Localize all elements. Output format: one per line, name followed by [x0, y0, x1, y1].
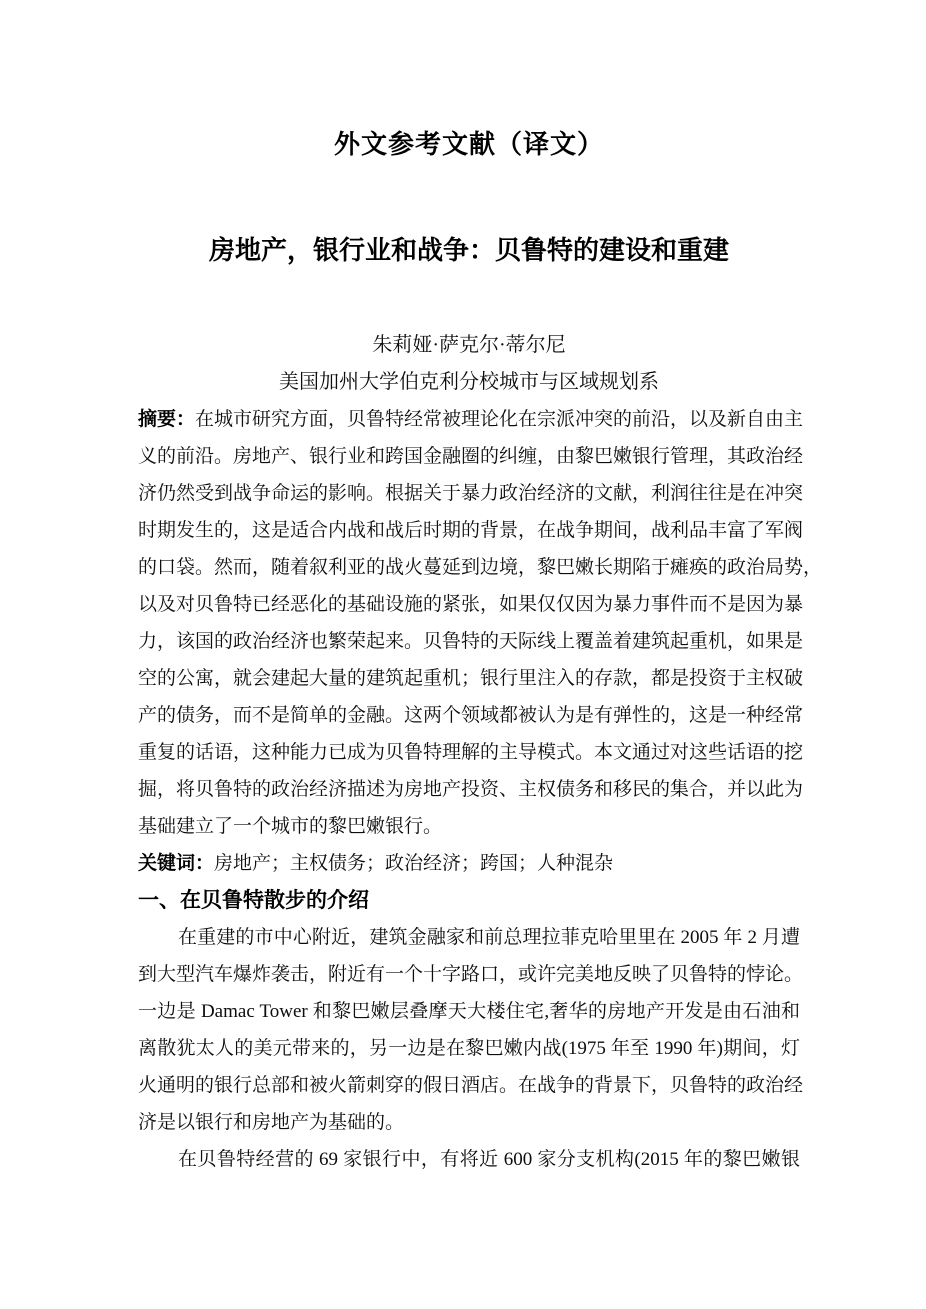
paragraph-last-line: 济是以银行和房地产为基础的。: [138, 1104, 800, 1141]
text-line: 产的债务，而不是简单的金融。这两个领域都被认为是有弹性的，这是一种经常: [138, 697, 800, 734]
text-line: 空的公寓，就会建起大量的建筑起重机；银行里注入的存款，都是投资于主权破: [138, 660, 800, 697]
abstract-lines: 义的前沿。房地产、银行业和跨国金融圈的纠缠，由黎巴嫩银行管理，其政治经济仍然受到…: [138, 438, 800, 808]
body-paragraph-2: 在贝鲁特经营的 69 家银行中，有将近 600 家分支机构(2015 年的黎巴嫩…: [138, 1141, 800, 1178]
paragraph-first-line: 在贝鲁特经营的 69 家银行中，有将近 600 家分支机构(2015 年的黎巴嫩…: [138, 1141, 800, 1178]
doc-title: 外文参考文献（译文）: [138, 127, 800, 163]
author-line: 朱莉娅·萨克尔·蒂尔尼: [138, 327, 800, 364]
text-line: 济仍然受到战争命运的影响。根据关于暴力政治经济的文献，利润往往是在冲突: [138, 475, 800, 512]
text-line: 掘，将贝鲁特的政治经济描述为房地产投资、主权债务和移民的集合，并以此为: [138, 771, 800, 808]
document-content: 外文参考文献（译文） 房地产，银行业和战争：贝鲁特的建设和重建 朱莉娅·萨克尔·…: [138, 127, 800, 1178]
keywords-line: 关键词：房地产；主权债务；政治经济；跨国；人种混杂: [138, 845, 800, 882]
abstract-first-line: 摘要：在城市研究方面，贝鲁特经常被理论化在宗派冲突的前沿，以及新自由主: [138, 401, 800, 438]
text-line: 一边是 Damac Tower 和黎巴嫩层叠摩天大楼住宅,奢华的房地产开发是由石…: [138, 993, 800, 1030]
keywords-label: 关键词：: [138, 852, 214, 874]
text-line: 时期发生的，这是适合内战和战后时期的背景，在战争期间，战利品丰富了军阀: [138, 512, 800, 549]
text-line: 火通明的银行总部和被火箭刺穿的假日酒店。在战争的背景下，贝鲁特的政治经: [138, 1067, 800, 1104]
text-line: 力，该国的政治经济也繁荣起来。贝鲁特的天际线上覆盖着建筑起重机，如果是: [138, 623, 800, 660]
text-line: 义的前沿。房地产、银行业和跨国金融圈的纠缠，由黎巴嫩银行管理，其政治经: [138, 438, 800, 475]
text-line: 的口袋。然而，随着叙利亚的战火蔓延到边境，黎巴嫩长期陷于瘫痪的政治局势，: [138, 549, 800, 586]
affiliation-line: 美国加州大学伯克利分校城市与区域规划系: [138, 364, 800, 401]
section-heading: 一、在贝鲁特散步的介绍: [138, 882, 800, 919]
abstract-paragraph: 摘要：在城市研究方面，贝鲁特经常被理论化在宗派冲突的前沿，以及新自由主 义的前沿…: [138, 401, 800, 845]
body-paragraph-1: 在重建的市中心附近，建筑金融家和前总理拉菲克哈里里在 2005 年 2 月遭 到…: [138, 919, 800, 1141]
doc-subtitle: 房地产，银行业和战争：贝鲁特的建设和重建: [138, 233, 800, 269]
paragraph-lines: 到大型汽车爆炸袭击，附近有一个十字路口，或许完美地反映了贝鲁特的悖论。一边是 D…: [138, 956, 800, 1104]
text-line: 以及对贝鲁特已经恶化的基础设施的紧张，如果仅仅因为暴力事件而不是因为暴: [138, 586, 800, 623]
text-line: 到大型汽车爆炸袭击，附近有一个十字路口，或许完美地反映了贝鲁特的悖论。: [138, 956, 800, 993]
abstract-label: 摘要：: [138, 408, 195, 430]
keywords-text: 房地产；主权债务；政治经济；跨国；人种混杂: [214, 853, 613, 874]
document-page: 外文参考文献（译文） 房地产，银行业和战争：贝鲁特的建设和重建 朱莉娅·萨克尔·…: [0, 0, 926, 1309]
abstract-first-line-text: 在城市研究方面，贝鲁特经常被理论化在宗派冲突的前沿，以及新自由主: [195, 409, 803, 430]
text-line: 离散犹太人的美元带来的，另一边是在黎巴嫩内战(1975 年至 1990 年)期间…: [138, 1030, 800, 1067]
paragraph-first-line: 在重建的市中心附近，建筑金融家和前总理拉菲克哈里里在 2005 年 2 月遭: [138, 919, 800, 956]
abstract-last-line: 基础建立了一个城市的黎巴嫩银行。: [138, 808, 800, 845]
text-line: 重复的话语，这种能力已成为贝鲁特理解的主导模式。本文通过对这些话语的挖: [138, 734, 800, 771]
